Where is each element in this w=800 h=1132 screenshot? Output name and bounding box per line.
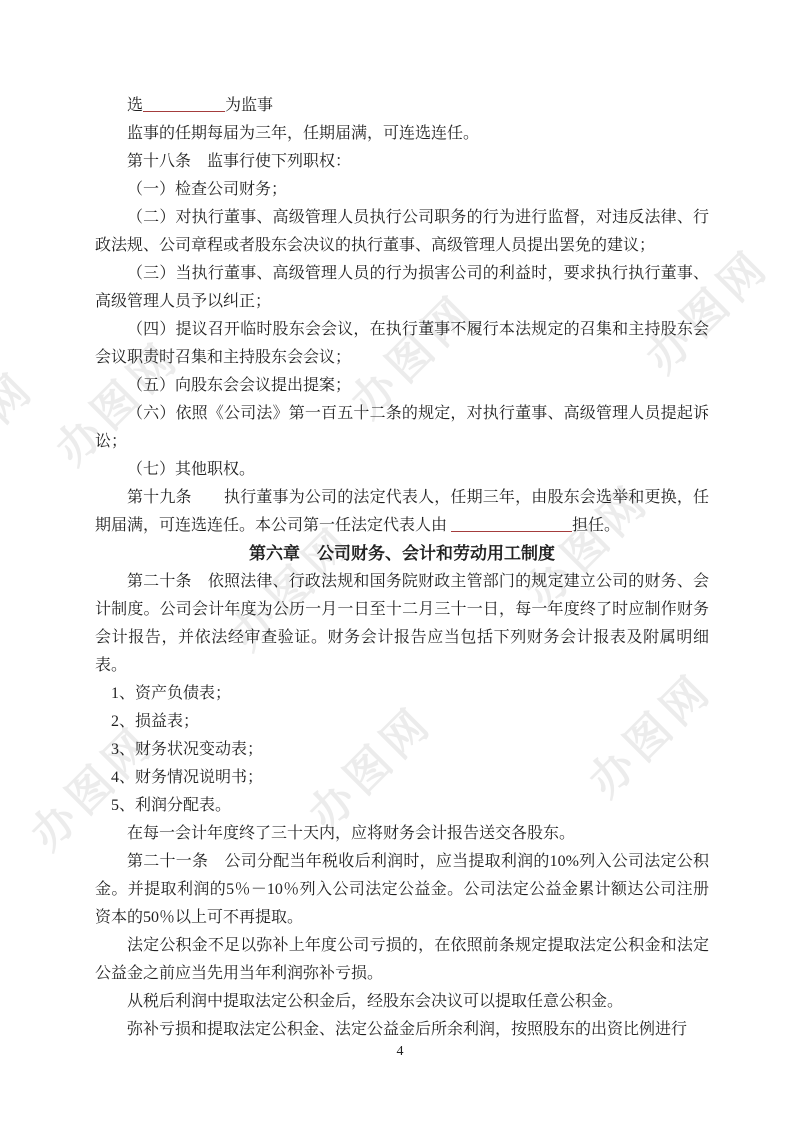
fill-in-blank-legal-representative [451,516,572,532]
article-21-paragraph: 第二十一条 公司分配当年税收后利润时，应当提取利润的10%列入公司法定公积金。并… [95,848,709,932]
article-19-paragraph: 第十九条 执行董事为公司的法定代表人，任期三年，由股东会选举和更换，任期届满，可… [95,484,709,540]
article-19-post: 担任。 [572,517,620,534]
delivery-note-paragraph: 在每一会计年度终了三十天内，应将财务会计报告送交各股东。 [95,820,709,848]
elect-supervisor-pre: 选 [127,97,143,114]
profit-distribution-paragraph: 弥补亏损和提取法定公积金、法定公益金后所余利润，按照股东的出资比例进行 [95,1016,709,1044]
article-18-item-1: （一）检查公司财务； [95,176,709,204]
fill-in-blank-supervisor [143,96,225,112]
article-18-item-3: （三）当执行董事、高级管理人员的行为损害公司的利益时，要求执行执行董事、高级管理… [95,260,709,316]
report-item-5: 5、利润分配表。 [95,792,709,820]
supervisor-term-paragraph: 监事的任期每届为三年，任期届满，可连选连任。 [95,120,709,148]
article-18-item-7: （七）其他职权。 [95,456,709,484]
document-body: 选为监事 监事的任期每届为三年，任期届满，可连选连任。 第十八条 监事行使下列职… [95,92,709,1044]
report-item-3: 3、财务状况变动表； [95,736,709,764]
article-18-item-2: （二）对执行董事、高级管理人员执行公司职务的行为进行监督，对违反法律、行政法规、… [95,204,709,260]
report-item-2: 2、损益表； [95,708,709,736]
article-18-item-4: （四）提议召开临时股东会会议，在执行董事不履行本法规定的召集和主持股东会会议职责… [95,316,709,372]
reserve-shortfall-paragraph: 法定公积金不足以弥补上年度公司亏损的，在依照前条规定提取法定公积金和法定公益金之… [95,932,709,988]
report-item-1: 1、资产负债表； [95,680,709,708]
chapter-6-heading: 第六章 公司财务、会计和劳动用工制度 [95,540,709,568]
discretionary-reserve-paragraph: 从税后利润中提取法定公积金后，经股东会决议可以提取任意公积金。 [95,988,709,1016]
article-18-item-5: （五）向股东会会议提出提案； [95,372,709,400]
article-20-paragraph: 第二十条 依照法律、行政法规和国务院财政主管部门的规定建立公司的财务、会计制度。… [95,568,709,680]
article-18-lead: 第十八条 监事行使下列职权： [95,148,709,176]
report-item-4: 4、财务情况说明书； [95,764,709,792]
article-18-item-6: （六）依照《公司法》第一百五十二条的规定，对执行董事、高级管理人员提起诉讼； [95,400,709,456]
elect-supervisor-line: 选为监事 [95,92,709,120]
watermark-text: 办图网 [0,353,47,506]
document-page: 办图网 办图网 办图网 办图网 办图网 办图网 办图网 办图网 办图网 选为监事… [0,0,800,1132]
page-number: 4 [0,1044,800,1060]
elect-supervisor-post: 为监事 [225,97,273,114]
